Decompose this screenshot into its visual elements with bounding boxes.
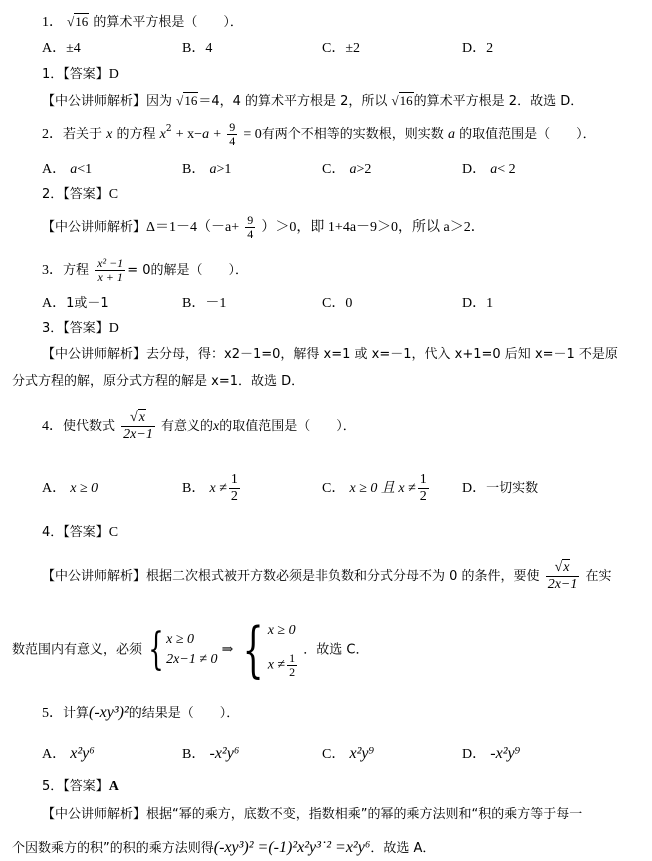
fraction: 12: [229, 472, 240, 505]
q4-answer: 4．【答案】C: [42, 524, 118, 542]
q1-answer: 1．【答案】D: [42, 66, 119, 84]
q5-analysis-continued: 个因数乘方的积”的积的乘方法则得(-xy³)² =(-1)²x²y³˙² =x²…: [12, 837, 435, 860]
q4-analysis-continued: 数范围内有意义，必须 { x ≥ 0 2x−1 ≠ 0 ⇒ { x ≥ 0 x …: [12, 620, 368, 681]
q3-analysis-continued: 分式方程的解，原分式方程的解是 x=1．故选 D．: [12, 373, 304, 391]
q3-analysis: 【中公讲师解析】去分母，得：x2－1=0，解得 x=1 或 x=－1，代入 x+…: [42, 346, 618, 364]
fraction: 12: [418, 472, 429, 505]
sqrt-expression: √16: [392, 92, 414, 110]
q4-stem: 4．使代数式 √x2x−1 有意义的x的取值范围是（ ）．: [42, 407, 356, 447]
sqrt-expression: √x: [130, 410, 146, 426]
q5-analysis: 【中公讲师解析】根据“幂的乘方，底数不变，指数相乘”的幂的乘方法则和“积的乘方等…: [42, 806, 582, 824]
sqrt-expression: √x: [555, 560, 571, 576]
q2-answer: 2．【答案】C: [42, 186, 118, 204]
fraction: √x2x−1: [546, 560, 580, 593]
fraction: 12: [287, 652, 297, 679]
fraction: x² −1x + 1: [95, 257, 125, 284]
q4-option-b: B． x ≠12: [182, 470, 242, 508]
q5-option-d: D． -x²y⁹: [462, 743, 520, 766]
q2-option-c: C． a>2: [322, 161, 371, 179]
left-brace: {: [242, 620, 263, 680]
q4-option-d: D．一切实数: [462, 480, 538, 498]
q1-stem: 1． √16 的算术平方根是（ ）．: [42, 13, 243, 32]
q4-option-a: A． x ≥ 0: [42, 480, 98, 498]
fraction: 94: [227, 121, 237, 148]
q3-option-c: C．0: [322, 295, 352, 313]
q2-stem: 2．若关于 x 的方程 x2 + x−a + 94 = 0有两个不相等的实数根，…: [42, 120, 596, 150]
q1-option-d: D．2: [462, 40, 493, 58]
q2-option-b: B． a>1: [182, 161, 231, 179]
q4-option-c: C． x ≥ 0 且 x ≠12: [322, 470, 431, 508]
sqrt-expression: √16: [176, 92, 198, 110]
inequality-system: { x ≥ 0 x ≠12: [238, 620, 300, 680]
q5-option-a: A． x²y⁶: [42, 743, 95, 766]
q3-stem: 3．方程 x² −1x + 1= 0的解是（ ）．: [42, 254, 248, 288]
q3-option-d: D．1: [462, 295, 493, 313]
q3-option-b: B．－1: [182, 295, 226, 313]
inequality-system: { x ≥ 0 2x−1 ≠ 0: [146, 628, 217, 672]
q1-option-a: A．±4: [42, 40, 81, 58]
q1-analysis: 【中公讲师解析】因为 √16＝4，4 的算术平方根是 2，所以 √16的算术平方…: [42, 92, 583, 111]
fraction: √x2x−1: [121, 410, 155, 443]
q2-analysis: 【中公讲师解析】Δ＝1－4（－a+ 94 ）＞0，即 1+4a－9＞0，所以 a…: [42, 213, 485, 243]
fraction: 94: [245, 214, 255, 241]
q5-option-c: C． x²y⁹: [322, 743, 374, 766]
q1-option-b: B．4: [182, 40, 212, 58]
q1-option-c: C．±2: [322, 40, 360, 58]
q3-option-a: A．1或－1: [42, 295, 109, 313]
q2-option-a: A． a<1: [42, 161, 92, 179]
sqrt-expression: √16: [67, 13, 89, 31]
q4-analysis: 【中公讲师解析】根据二次根式被开方数必须是非负数和分式分母不为 0 的条件，要使…: [42, 557, 612, 597]
q5-option-b: B． -x²y⁶: [182, 743, 239, 766]
left-brace: {: [148, 628, 163, 672]
q3-answer: 3．【答案】D: [42, 320, 119, 338]
q5-stem: 5．计算(-xy³)²的结果是（ ）．: [42, 702, 239, 725]
q2-option-d: D． a< 2: [462, 161, 516, 179]
q5-answer: 5．【答案】A: [42, 778, 119, 796]
